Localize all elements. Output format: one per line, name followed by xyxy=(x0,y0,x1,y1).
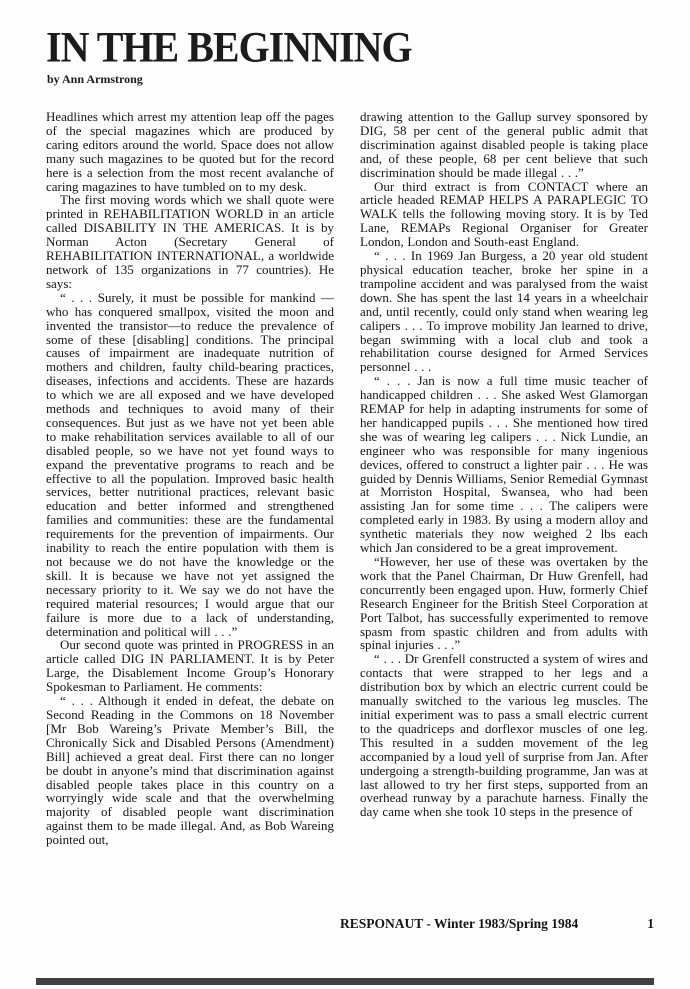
left-column: Headlines which arrest my attention leap… xyxy=(46,110,334,847)
paragraph: “ . . . Dr Grenfell constructed a system… xyxy=(360,652,648,819)
magazine-page: IN THE BEGINNING by Ann Armstrong Headli… xyxy=(0,0,690,989)
journal-title: RESPONAUT - Winter 1983/Spring 1984 xyxy=(340,916,578,932)
paragraph: drawing attention to the Gallup survey s… xyxy=(360,110,648,180)
right-column: drawing attention to the Gallup survey s… xyxy=(360,110,648,847)
paragraph: “ . . . Surely, it must be possible for … xyxy=(46,291,334,639)
page-title: IN THE BEGINNING xyxy=(46,26,412,69)
article-body: Headlines which arrest my attention leap… xyxy=(46,110,648,847)
page-number: 1 xyxy=(647,916,654,932)
paragraph: Our second quote was printed in PROGRESS… xyxy=(46,638,334,694)
scan-edge-bar xyxy=(36,978,654,985)
byline: by Ann Armstrong xyxy=(47,72,143,87)
paragraph: “ . . . In 1969 Jan Burgess, a 20 year o… xyxy=(360,249,648,374)
paragraph: “ . . . Although it ended in defeat, the… xyxy=(46,694,334,847)
paragraph: Our third extract is from CONTACT where … xyxy=(360,180,648,250)
paragraph: The first moving words which we shall qu… xyxy=(46,193,334,290)
paragraph: Headlines which arrest my attention leap… xyxy=(46,110,334,193)
paragraph: “However, her use of these was overtaken… xyxy=(360,555,648,652)
paragraph: “ . . . Jan is now a full time music tea… xyxy=(360,374,648,555)
footer: RESPONAUT - Winter 1983/Spring 1984 1 xyxy=(340,916,654,932)
